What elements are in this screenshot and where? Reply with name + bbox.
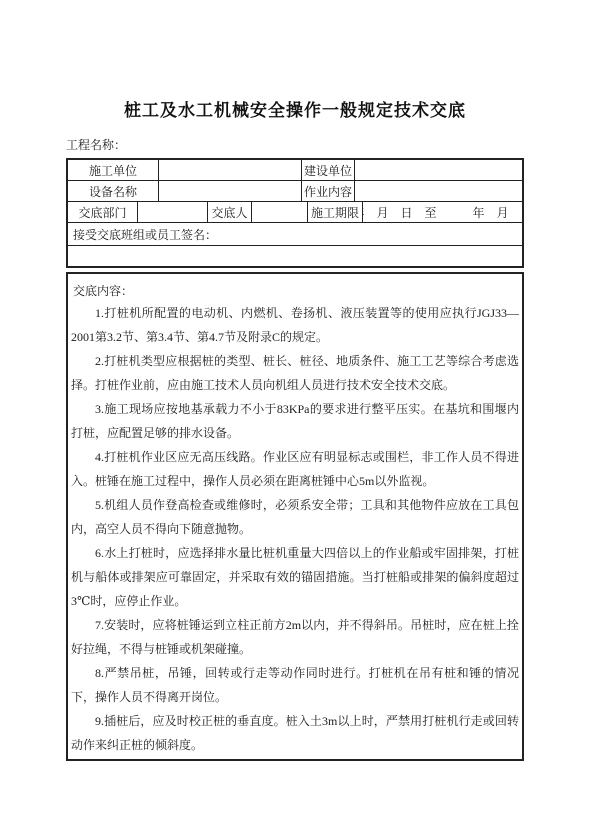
owner-unit-label: 建设单位 — [302, 160, 355, 180]
content-item: 3.施工现场应按地基承载力不小于83KPa的要求进行整平压实。在基坑和围堰内打桩… — [71, 397, 519, 445]
content-item: 5.机组人员作登高检查或维修时，必须系安全带；工具和其他物件应放在工具包内，高空… — [71, 493, 519, 541]
disclosure-dept-value — [138, 202, 208, 222]
construction-unit-value — [159, 160, 302, 180]
discloser-value — [252, 202, 308, 222]
equipment-name-label: 设备名称 — [68, 181, 159, 201]
content-item: 10.拔送桩时，不得超过桩机起重能力；起拔载荷应符合以下规定： — [71, 757, 519, 761]
table-row-disclosure: 交底部门 交底人 施工期限 年 月 日 至 年 月 日 — [68, 202, 522, 223]
content-item: 6.水上打桩时，应选择排水量比桩机重量大四倍以上的作业船或牢固排架，打桩机与船体… — [71, 541, 519, 613]
table-row-signature: 接受交底班组或员工签名： — [68, 223, 522, 246]
table-row-units: 施工单位 建设单位 — [68, 160, 522, 181]
info-table: 施工单位 建设单位 设备名称 作业内容 交底部门 交底人 施工期限 年 月 日 … — [66, 158, 524, 268]
page-title: 桩工及水工机械安全操作一般规定技术交底 — [66, 96, 524, 121]
content-item: 2.打桩机类型应根据桩的类型、桩长、桩径、地质条件、施工工艺等综合考虑选择。打桩… — [71, 349, 519, 397]
discloser-label: 交底人 — [208, 202, 252, 222]
content-item: 7.安装时，应将桩锤运到立柱正前方2m以内，并不得斜吊。吊桩时，应在桩上拴好拉绳… — [71, 613, 519, 661]
work-content-label: 作业内容 — [302, 181, 355, 201]
content-item: 1.打桩机所配置的电动机、内燃机、卷扬机、液压装置等的使用应执行JGJ33—20… — [71, 301, 519, 349]
content-item-list: 1.打桩机所配置的电动机、内燃机、卷扬机、液压装置等的使用应执行JGJ33—20… — [71, 301, 519, 761]
content-item: 8.严禁吊桩，吊锤，回转或行走等动作同时进行。打桩机在吊有桩和锤的情况下，操作人… — [71, 661, 519, 709]
construction-unit-label: 施工单位 — [68, 160, 159, 180]
equipment-name-value — [159, 181, 302, 201]
work-content-value — [355, 181, 522, 201]
construction-period-label: 施工期限 — [308, 202, 363, 222]
signature-blank-cell — [68, 246, 522, 266]
content-heading: 交底内容： — [73, 282, 519, 299]
content-item: 9.插桩后，应及时校正桩的垂直度。桩入土3m以上时，严禁用打桩机行走或回转动作来… — [71, 709, 519, 757]
disclosure-dept-label: 交底部门 — [68, 202, 138, 222]
project-name-label: 工程名称： — [66, 136, 524, 153]
table-row-equipment: 设备名称 作业内容 — [68, 181, 522, 202]
owner-unit-value — [355, 160, 522, 180]
table-row-signature-blank — [68, 246, 522, 266]
content-item: 4.打桩机作业区应无高压线路。作业区应有明显标志或围栏，非工作人员不得进入。桩锤… — [71, 445, 519, 493]
document-page: 桩工及水工机械安全操作一般规定技术交底 工程名称： 施工单位 建设单位 设备名称… — [66, 96, 524, 761]
construction-period-value: 年 月 日 至 年 月 日 — [363, 202, 522, 222]
disclosure-content-box: 交底内容： 1.打桩机所配置的电动机、内燃机、卷扬机、液压装置等的使用应执行JG… — [66, 272, 524, 761]
signature-label: 接受交底班组或员工签名： — [68, 223, 522, 245]
